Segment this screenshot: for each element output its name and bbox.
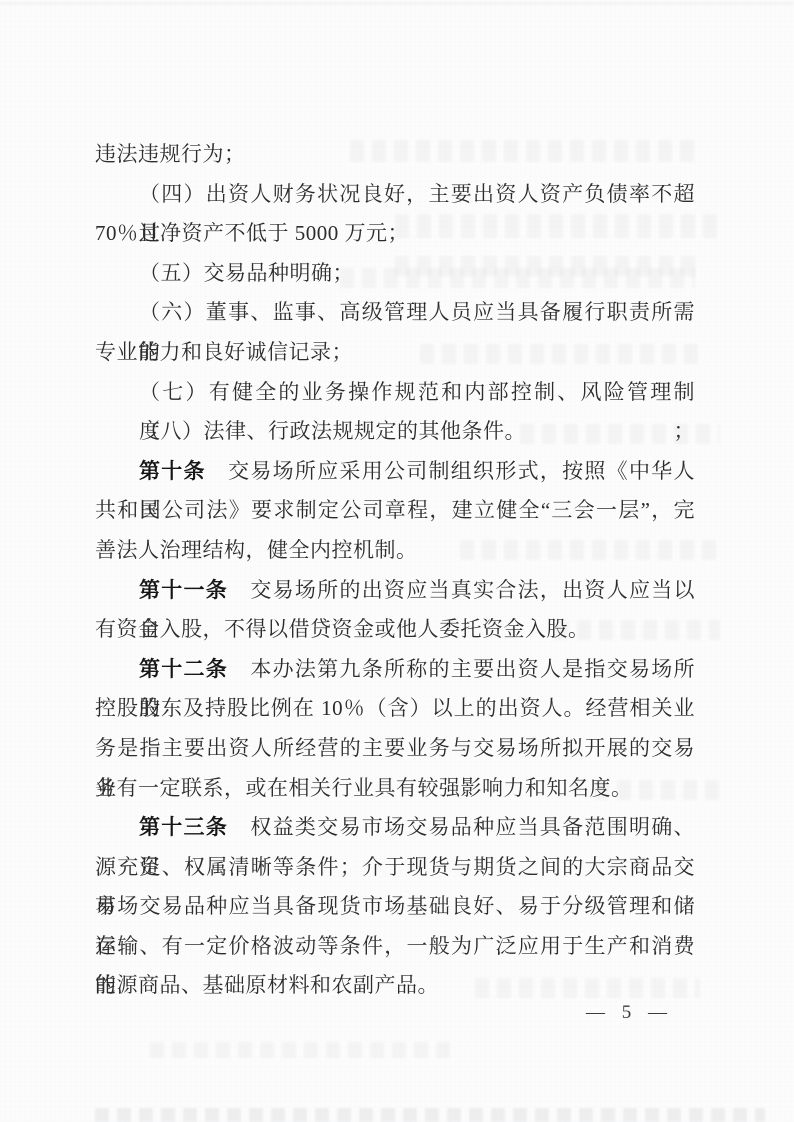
text-line: （四）出资人财务状况良好，主要出资人资产负债率不超过 bbox=[95, 175, 695, 215]
text-segment: 专业能力和良好诚信记录； bbox=[95, 340, 353, 364]
text-segment: 善法人治理结构，健全内控机制。 bbox=[95, 538, 418, 562]
text-line: 第十二条 本办法第九条所称的主要出资人是指交易场所的 bbox=[95, 650, 695, 690]
text-line: 运输、有一定价格波动等条件，一般为广泛应用于生产和消费的 bbox=[95, 927, 695, 967]
text-segment: （五）交易品种明确； bbox=[139, 261, 354, 285]
scan-edge-artifact bbox=[0, 2, 794, 5]
text-line: 有资金入股，不得以借贷资金或他人委托资金入股。 bbox=[95, 610, 695, 650]
text-line: 源充足、权属清晰等条件；介于现货与期货之间的大宗商品交易 bbox=[95, 848, 695, 888]
bleed-through-artifact bbox=[95, 1108, 765, 1122]
text-line: 务是指主要出资人所经营的主要业务与交易场所拟开展的交易业 bbox=[95, 729, 695, 769]
text-line: 控股股东及持股比例在 10％（含）以上的出资人。经营相关业 bbox=[95, 689, 695, 729]
text-line: 共和国公司法》要求制定公司章程，建立健全“三会一层”，完 bbox=[95, 491, 695, 531]
text-line: 市场交易品种应当具备现货市场基础良好、易于分级管理和储存 bbox=[95, 887, 695, 927]
text-line: （六）董事、监事、高级管理人员应当具备履行职责所需的 bbox=[95, 293, 695, 333]
text-segment: （八）法律、行政法规规定的其他条件。 bbox=[139, 419, 526, 443]
article-number: 第十二条 bbox=[139, 657, 228, 681]
text-line: 善法人治理结构，健全内控机制。 bbox=[95, 531, 695, 571]
article-number: 第十三条 bbox=[139, 815, 228, 839]
document-body: 违法违规行为；（四）出资人财务状况良好，主要出资人资产负债率不超过70％且净资产… bbox=[95, 135, 695, 1006]
text-line: 70％且净资产不低于 5000 万元； bbox=[95, 214, 695, 254]
text-line: （五）交易品种明确； bbox=[95, 254, 695, 294]
text-segment: 共和国公司法》要求制定公司章程，建立健全“三会一层”，完 bbox=[95, 498, 695, 522]
page-number: — 5 — bbox=[586, 1002, 673, 1024]
text-segment: 有资金入股，不得以借贷资金或他人委托资金入股。 bbox=[95, 617, 590, 641]
text-line: 能源商品、基础原材料和农副产品。 bbox=[95, 966, 695, 1006]
bleed-through-artifact bbox=[150, 1042, 450, 1058]
text-segment: 70％且净资产不低于 5000 万元； bbox=[95, 221, 409, 245]
text-segment: 控股股东及持股比例在 10％（含）以上的出资人。经营相关业 bbox=[95, 696, 695, 720]
article-number: 第十一条 bbox=[139, 578, 228, 602]
article-number: 第十条 bbox=[139, 459, 206, 483]
text-line: 第十条 交易场所应采用公司制组织形式，按照《中华人民 bbox=[95, 452, 695, 492]
text-segment: 能源商品、基础原材料和农副产品。 bbox=[95, 973, 439, 997]
text-line: 专业能力和良好诚信记录； bbox=[95, 333, 695, 373]
text-line: 务有一定联系，或在相关行业具有较强影响力和知名度。 bbox=[95, 769, 695, 809]
text-line: 第十一条 交易场所的出资应当真实合法，出资人应当以自 bbox=[95, 571, 695, 611]
text-line: 第十三条 权益类交易市场交易品种应当具备范围明确、资 bbox=[95, 808, 695, 848]
text-line: （七）有健全的业务操作规范和内部控制、风险管理制度； bbox=[95, 373, 695, 413]
text-segment: 务有一定联系，或在相关行业具有较强影响力和知名度。 bbox=[95, 776, 633, 800]
text-line: 违法违规行为； bbox=[95, 135, 695, 175]
text-segment: 违法违规行为； bbox=[95, 142, 246, 166]
document-page: 违法违规行为；（四）出资人财务状况良好，主要出资人资产负债率不超过70％且净资产… bbox=[0, 0, 794, 1122]
